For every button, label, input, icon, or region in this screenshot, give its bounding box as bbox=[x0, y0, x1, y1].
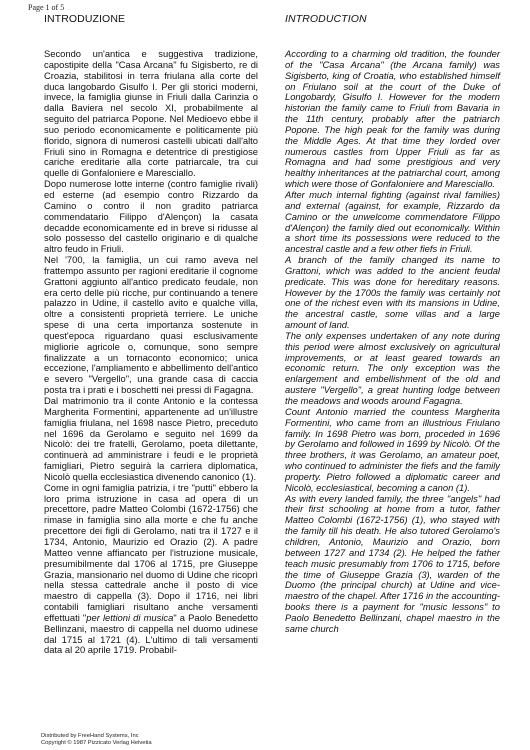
paragraph: After much internal fighting (against ri… bbox=[285, 190, 500, 255]
paragraph: As with every landed family, the three "… bbox=[285, 494, 500, 635]
paragraph: A branch of the family changed its name … bbox=[285, 255, 500, 331]
paragraph: Count Antonio married the countess Margh… bbox=[285, 407, 500, 494]
paragraph-text: Come in ogni famiglia patrizia, i tre "p… bbox=[44, 482, 258, 623]
paragraph: Dal matrimonio tra il conte Antonio e la… bbox=[44, 396, 258, 483]
paragraph: Dopo numerose lotte interne (contro fami… bbox=[44, 179, 258, 255]
paragraph: Secondo un'antica e suggestiva tradizion… bbox=[44, 49, 258, 179]
page-indicator: Page 1 of 5 bbox=[28, 3, 64, 12]
english-text-column: According to a charming old tradition, t… bbox=[285, 49, 500, 635]
paragraph: The only expenses undertaken of any note… bbox=[285, 331, 500, 407]
english-heading: INTRODUCTION bbox=[285, 13, 367, 25]
paragraph: According to a charming old tradition, t… bbox=[285, 49, 500, 190]
paragraph: Nel '700, la famiglia, un cui ramo aveva… bbox=[44, 255, 258, 396]
copyright-notice: Copyright © 1987 Pizzicato Verlag Helvet… bbox=[41, 740, 152, 747]
footer: Distributed by FreeHand Systems, Inc Cop… bbox=[41, 733, 152, 748]
italian-heading: INTRODUZIONE bbox=[44, 13, 125, 25]
italic-phrase: per lettioni di musica bbox=[86, 612, 173, 623]
paragraph: Come in ogni famiglia patrizia, i tre "p… bbox=[44, 483, 258, 657]
italian-text-column: Secondo un'antica e suggestiva tradizion… bbox=[44, 49, 258, 656]
